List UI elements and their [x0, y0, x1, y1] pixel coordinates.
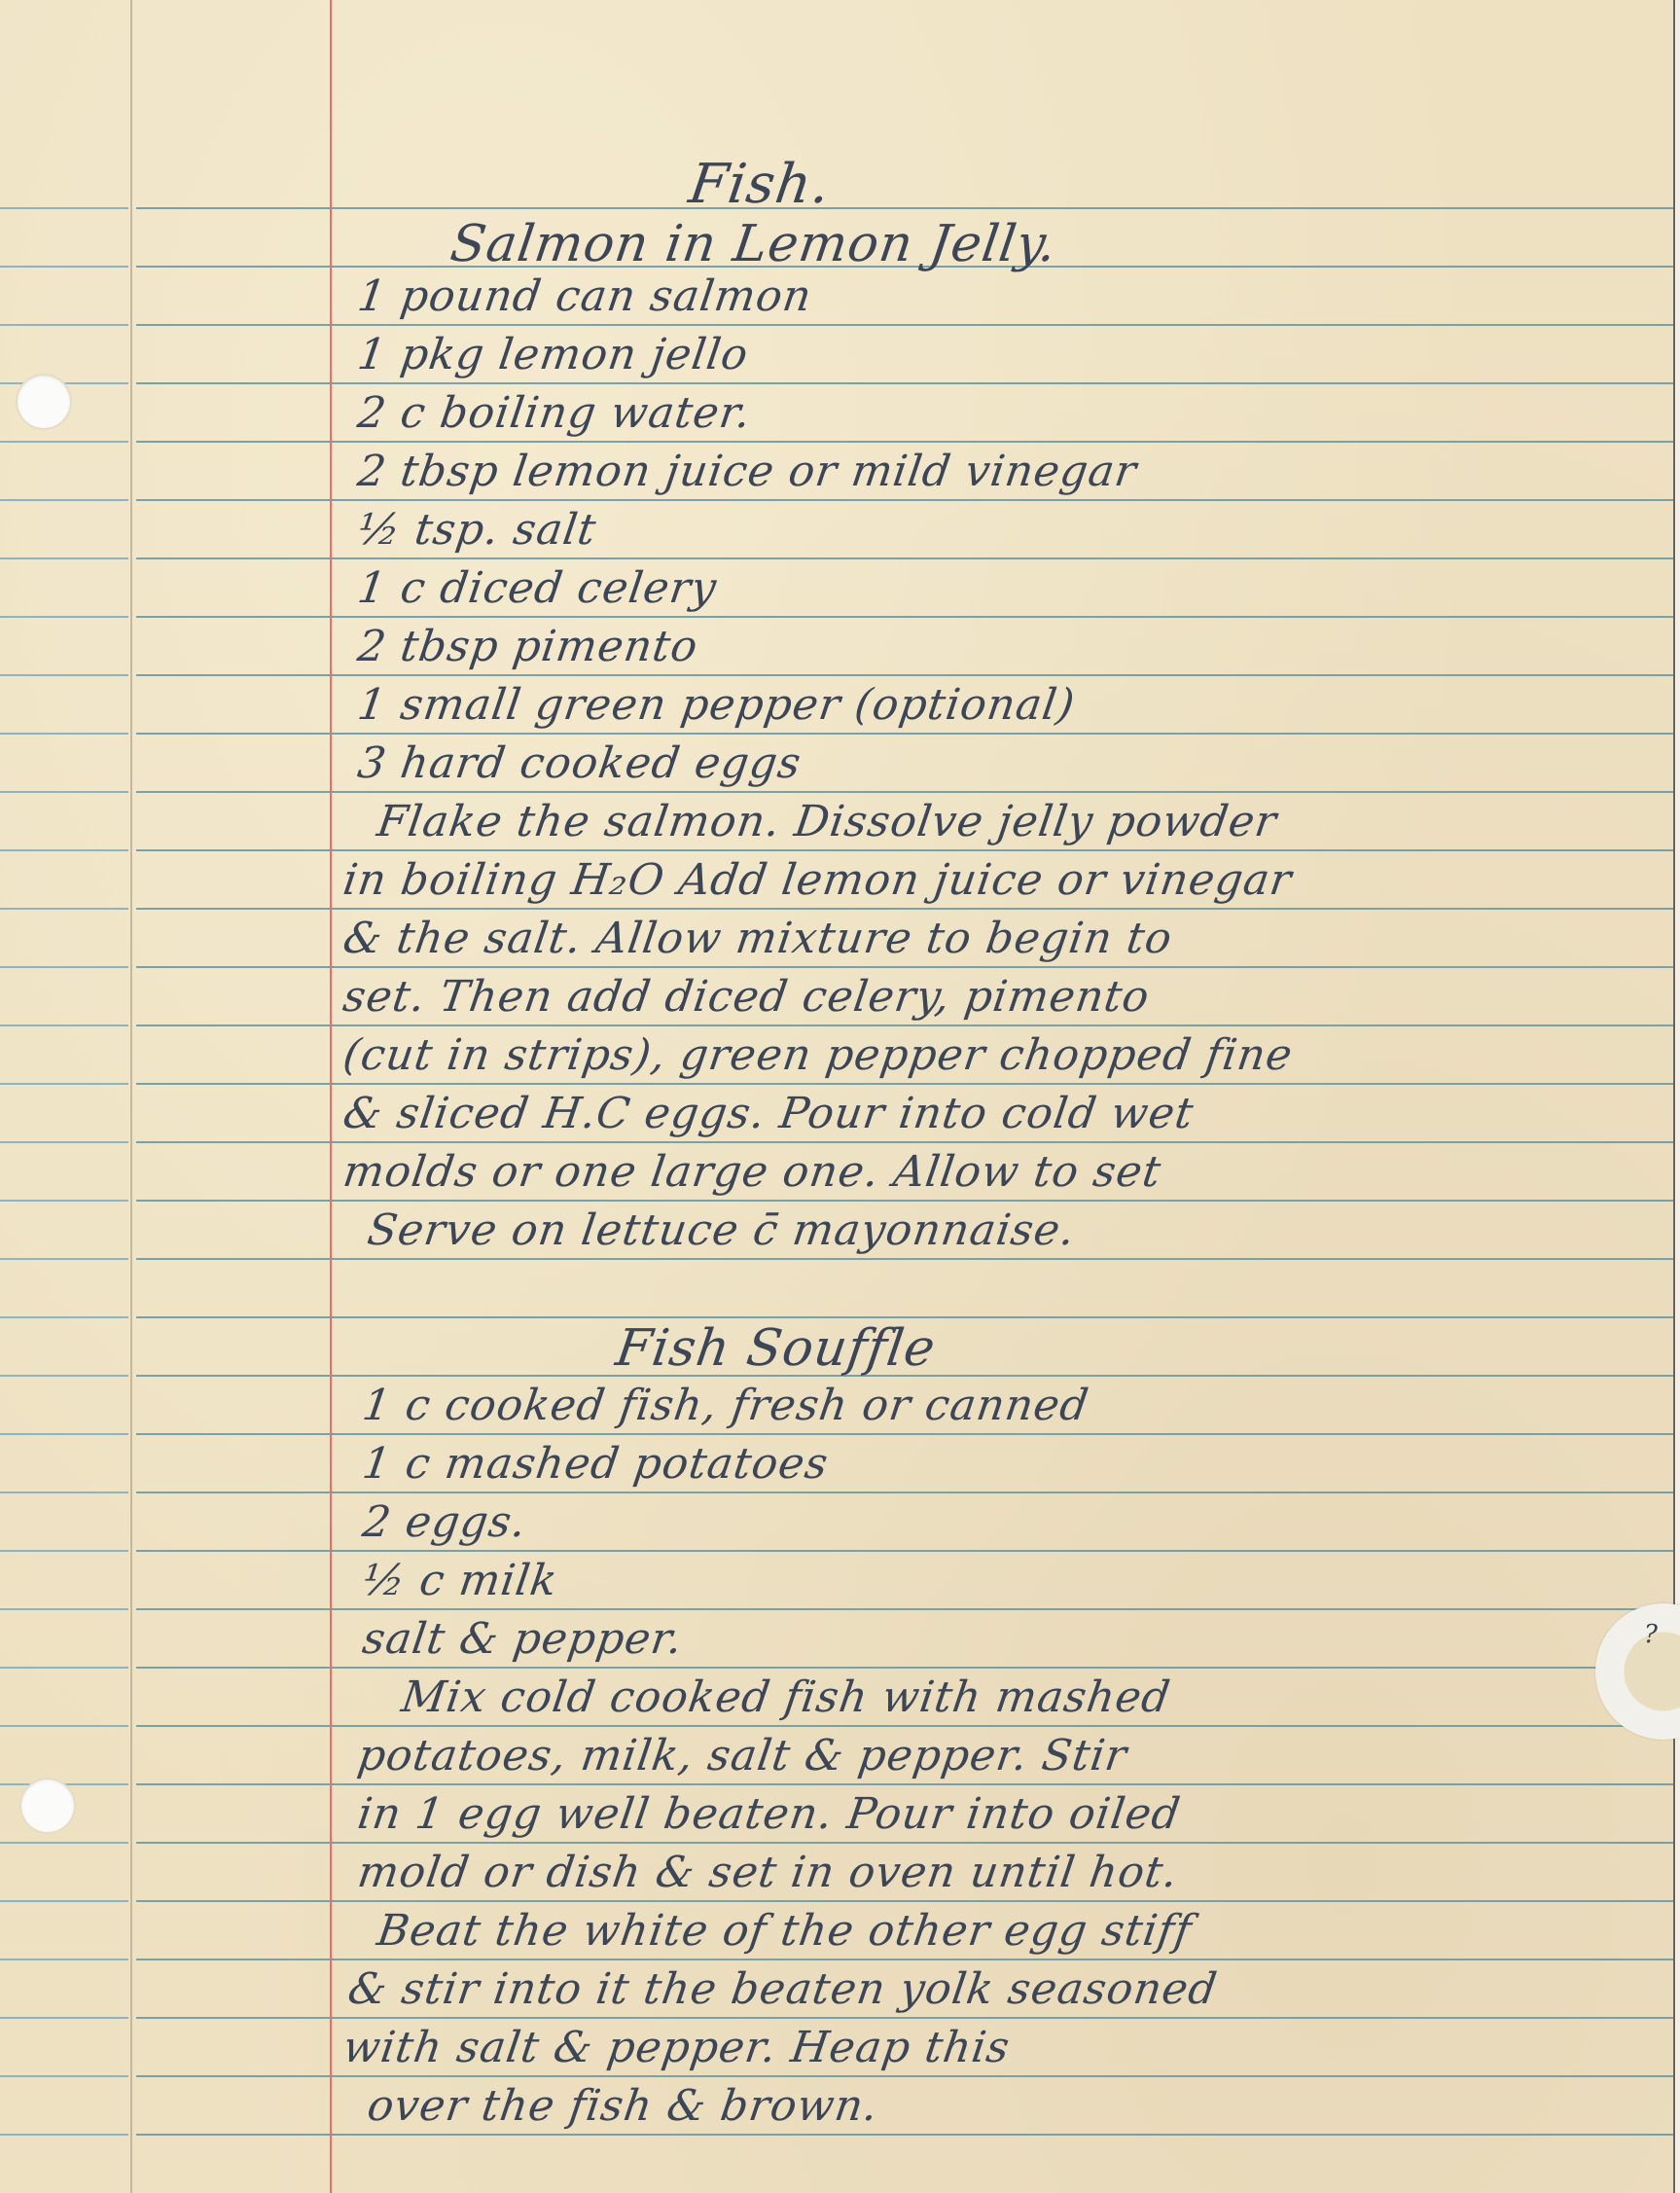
punch-hole-bottom [21, 1780, 74, 1832]
rule-line [0, 1316, 1673, 1318]
rule-line [0, 1258, 1673, 1260]
rule-line [0, 557, 1673, 559]
rule-line [0, 1900, 1673, 1902]
recipe-title: Fish Souffle [613, 1323, 939, 1374]
ingredient: 1 pkg lemon jello [355, 334, 751, 377]
ingredient: 2 tbsp pimento [355, 626, 700, 668]
ingredient: 1 c cooked fish, fresh or canned [360, 1384, 1091, 1427]
direction-line: mold or dish & set in oven until hot. [355, 1851, 1181, 1894]
rule-line [0, 382, 1673, 384]
direction-line: Serve on lettuce c̄ mayonnaise. [365, 1209, 1078, 1252]
punch-hole-top [18, 376, 70, 428]
rule-line [0, 2075, 1673, 2077]
ingredient: 3 hard cooked eggs [355, 742, 804, 785]
recipe-title: Salmon in Lemon Jelly. [447, 219, 1060, 270]
rule-line [0, 1608, 1673, 1610]
page-title: Fish. [686, 158, 834, 212]
ingredient: 1 c mashed potatoes [360, 1443, 831, 1486]
direction-line: & sliced H.C eggs. Pour into cold wet [340, 1093, 1197, 1135]
direction-line: set. Then add diced celery, pimento [340, 976, 1152, 1019]
rule-line [0, 324, 1673, 326]
notebook-page: ? Fish. Salmon in Lemon Jelly. 1 pound c… [0, 0, 1680, 2193]
ingredient: 2 eggs. [360, 1501, 529, 1544]
fold-line [130, 0, 132, 2193]
ingredient: 1 c diced celery [355, 567, 720, 610]
direction-line: Beat the white of the other egg stiff [375, 1910, 1195, 1953]
rule-line [0, 733, 1673, 735]
direction-line: over the fish & brown. [365, 2085, 881, 2128]
ingredient: salt & pepper. [360, 1618, 686, 1661]
rule-line [0, 207, 1673, 209]
margin-line [330, 0, 332, 2193]
rule-line [0, 1550, 1673, 1552]
ingredient: ½ c milk [360, 1560, 560, 1602]
rule-line [0, 1492, 1673, 1493]
rule-line [0, 1959, 1673, 1960]
direction-line: in boiling H₂O Add lemon juice or vinega… [340, 859, 1295, 902]
rule-line [0, 966, 1673, 968]
rule-line [0, 1433, 1673, 1435]
ingredient: ½ tsp. salt [355, 509, 599, 552]
rule-line [0, 849, 1673, 851]
rule-line [0, 674, 1673, 676]
rule-line [0, 2134, 1673, 2136]
direction-line: Mix cold cooked fish with mashed [399, 1676, 1173, 1719]
rule-line [0, 1783, 1673, 1785]
ingredient: 2 tbsp lemon juice or mild vinegar [355, 450, 1139, 493]
rule-line [0, 1725, 1673, 1727]
ingredient: 1 pound can salmon [355, 275, 814, 318]
ingredient: 2 c boiling water. [355, 392, 754, 435]
direction-line: Flake the salmon. Dissolve jelly powder [375, 801, 1279, 844]
ring-scribble: ? [1644, 1620, 1658, 1649]
rule-line [0, 908, 1673, 910]
page-right-edge [1673, 0, 1680, 2193]
direction-line: & the salt. Allow mixture to begin to [340, 917, 1175, 960]
rule-line [0, 499, 1673, 501]
rule-line [0, 1141, 1673, 1143]
direction-line: potatoes, milk, salt & pepper. Stir [355, 1735, 1129, 1778]
rule-line [0, 441, 1673, 443]
rule-line [0, 1025, 1673, 1026]
rule-line [0, 1083, 1673, 1085]
rule-line [0, 1842, 1673, 1844]
direction-line: molds or one large one. Allow to set [340, 1151, 1163, 1194]
direction-line: & stir into it the beaten yolk seasoned [345, 1968, 1220, 2011]
rule-line [0, 616, 1673, 618]
rule-line [0, 2017, 1673, 2019]
direction-line: in 1 egg well beaten. Pour into oiled [355, 1793, 1183, 1836]
ingredient: 1 small green pepper (optional) [355, 684, 1078, 727]
rule-line [0, 1667, 1673, 1669]
direction-line: (cut in strips), green pepper chopped fi… [340, 1034, 1296, 1077]
rule-line [0, 791, 1673, 793]
rule-line [0, 1200, 1673, 1202]
direction-line: with salt & pepper. Heap this [340, 2027, 1013, 2069]
